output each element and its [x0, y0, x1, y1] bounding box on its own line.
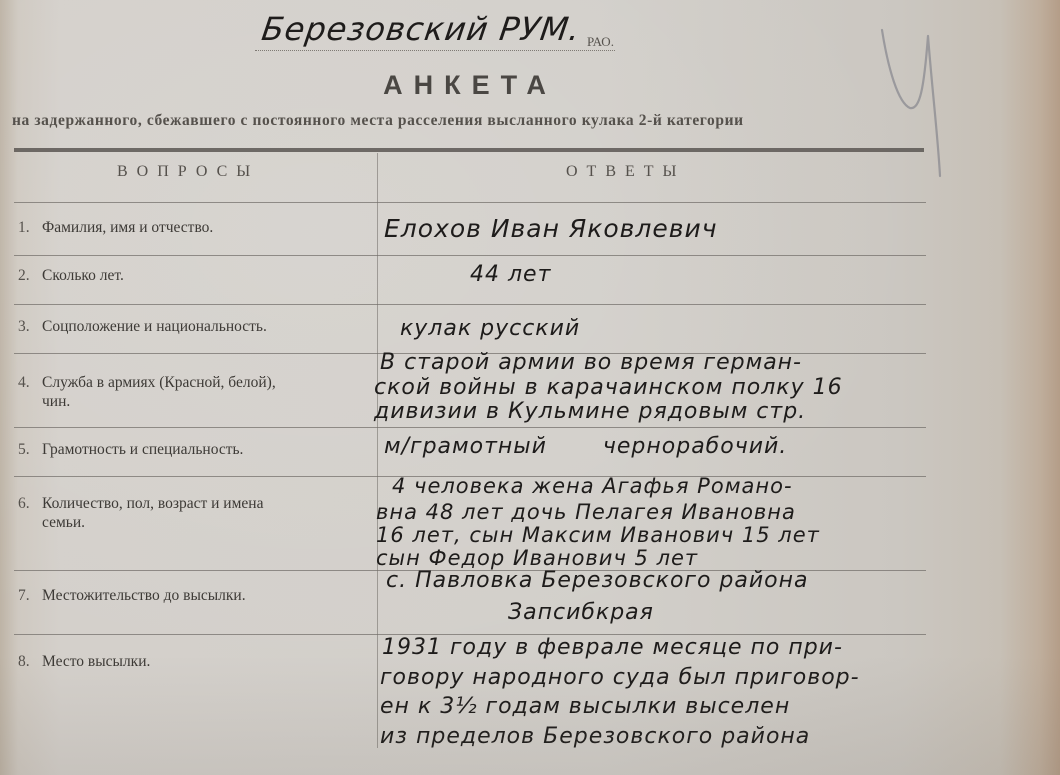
- answer-6-line-2: вна 48 лет дочь Пелагея Ивановна: [376, 500, 796, 524]
- question-text-continued: чин.: [18, 392, 373, 411]
- district-handwritten: Березовский РУМ.: [259, 10, 583, 48]
- question-number: 7.: [18, 586, 42, 605]
- question-1: 1.Фамилия, имя и отчество.: [18, 218, 373, 237]
- question-number: 4.: [18, 373, 42, 392]
- question-text: Фамилия, имя и отчество.: [42, 219, 213, 236]
- answer-8-line-4: из пределов Березовского района: [380, 724, 810, 749]
- answer-5-line-1: м/грамотный чернорабочий.: [384, 434, 787, 459]
- question-number: 6.: [18, 494, 42, 513]
- question-text: Местожительство до высылки.: [42, 587, 246, 604]
- question-2: 2.Сколько лет.: [18, 266, 373, 285]
- question-4: 4.Служба в армиях (Красной, белой), чин.: [18, 373, 373, 411]
- form-title: АНКЕТА: [0, 70, 940, 101]
- questions-column-header: ВОПРОСЫ: [117, 163, 259, 181]
- header-rule: [14, 148, 924, 152]
- answer-6-line-3: 16 лет, сын Максим Иванович 15 лет: [376, 523, 820, 547]
- question-number: 2.: [18, 266, 42, 285]
- answer-7-line-1: с. Павловка Березовского района: [386, 568, 809, 593]
- question-text: Соцположение и национальность.: [42, 318, 267, 335]
- question-text: Грамотность и специальность.: [42, 441, 243, 458]
- question-text: Служба в армиях (Красной, белой),: [42, 374, 276, 391]
- question-number: 1.: [18, 218, 42, 237]
- answer-4-line-2: ской войны в карачаинском полку 16: [374, 375, 843, 400]
- answer-3-line-1: кулак русский: [400, 316, 580, 341]
- questionnaire-page: Березовский РУМ. РАО. АНКЕТА на задержан…: [0, 0, 1060, 775]
- question-number: 8.: [18, 652, 42, 671]
- answer-8-line-1: 1931 году в феврале месяце по при-: [382, 635, 843, 660]
- column-divider: [377, 153, 378, 748]
- row-divider: [14, 255, 926, 256]
- answer-6-line-1: 4 человека жена Агафья Романо-: [392, 474, 793, 498]
- answer-8-line-3: ен к 3½ годам высылки выселен: [380, 694, 790, 719]
- answer-1-line-1: Елохов Иван Яковлевич: [384, 214, 718, 243]
- question-8: 8.Место высылки.: [18, 652, 373, 671]
- question-number: 3.: [18, 317, 42, 336]
- answer-7-line-2: Запсибкрая: [508, 600, 654, 625]
- row-divider: [14, 427, 926, 428]
- form-subtitle: на задержанного, сбежавшего с постоянног…: [12, 112, 744, 130]
- question-text-continued: семьи.: [18, 513, 373, 532]
- question-6: 6.Количество, пол, возраст и имена семьи…: [18, 494, 373, 532]
- answer-6-line-4: сын Федор Иванович 5 лет: [376, 546, 698, 570]
- question-7: 7.Местожительство до высылки.: [18, 586, 373, 605]
- row-divider: [14, 304, 926, 305]
- question-text: Количество, пол, возраст и имена: [42, 495, 263, 512]
- question-text: Сколько лет.: [42, 267, 124, 284]
- answers-column-header: ОТВЕТЫ: [566, 163, 686, 181]
- row-divider: [14, 202, 926, 203]
- question-3: 3.Соцположение и национальность.: [18, 317, 373, 336]
- answer-4-line-1: В старой армии во время герман-: [380, 350, 802, 375]
- question-text: Место высылки.: [42, 653, 150, 670]
- answer-8-line-2: говору народного суда был приговор-: [380, 665, 860, 690]
- question-number: 5.: [18, 440, 42, 459]
- answer-2-line-1: 44 лет: [470, 262, 551, 287]
- district-printed-suffix: РАО.: [587, 34, 614, 50]
- pencil-mark-icon: [880, 28, 960, 178]
- answer-4-line-3: дивизии в Кульмине рядовым стр.: [374, 399, 806, 424]
- question-5: 5.Грамотность и специальность.: [18, 440, 373, 459]
- district-underline: [255, 50, 615, 51]
